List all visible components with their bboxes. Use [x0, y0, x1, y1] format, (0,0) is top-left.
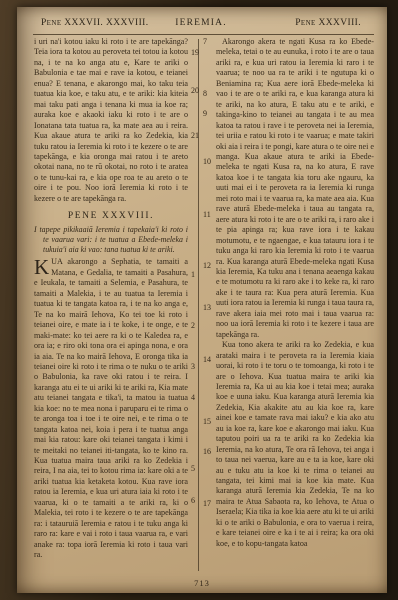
- verse-number: 17: [203, 499, 211, 509]
- header-rule: [33, 34, 374, 35]
- drop-cap: K: [34, 257, 51, 276]
- verse-number: 19: [191, 48, 199, 58]
- chapter37-ending-text: i uri na'i kotou iaku ki roto i te are t…: [34, 37, 188, 204]
- verse-number: 16: [203, 447, 211, 457]
- running-header: Pene XXXVII. XXXVIII. IEREMIA. Pene XXXV…: [41, 18, 361, 30]
- verse-number: 6: [191, 496, 195, 506]
- verse-number: 20: [191, 86, 199, 96]
- book-page: Pene XXXVII. XXXVIII. IEREMIA. Pene XXXV…: [17, 7, 387, 593]
- verse-number: 8: [203, 89, 207, 99]
- chapter-summary-italic: I tapepe pikikaaiā Ieremia i tapekaia'i …: [34, 225, 188, 255]
- verse-number: 1: [191, 270, 195, 280]
- book-photo: Pene XXXVII. XXXVIII. IEREMIA. Pene XXXV…: [0, 0, 398, 600]
- page-number: 713: [17, 578, 387, 588]
- text-columns: 19 20 21 1 2 3 4 5 6 i uri na'i kotou ia…: [34, 37, 374, 577]
- column-divider-rule: [198, 39, 199, 571]
- verse-number: 3: [191, 362, 195, 372]
- chapter38-text: KUA akarongo a Sephatia, te tamaiti a Ma…: [34, 257, 188, 560]
- verse-number: 10: [203, 157, 211, 167]
- verses-7-13-text: Akarongo akera te ngati Kusa ra ko Ebede…: [216, 37, 374, 340]
- header-chapter-right: Pene XXXVIII.: [295, 18, 361, 28]
- verse-number: 13: [203, 303, 211, 313]
- verse-number: 21: [191, 131, 199, 141]
- verse-number: 5: [191, 464, 195, 474]
- verse-number: 11: [203, 210, 211, 220]
- chapter38-body: UA akarongo a Sephatia, te tamaiti a Mat…: [34, 257, 188, 559]
- verses-14-17-text: Kua tono akera te ariki ra ko Zedekia, e…: [216, 340, 374, 549]
- left-column: 19 20 21 1 2 3 4 5 6 i uri na'i kotou ia…: [34, 37, 188, 561]
- verse-number: 7: [203, 37, 207, 47]
- verse-number: 2: [191, 321, 195, 331]
- verse-number: 14: [203, 355, 211, 365]
- verse-number: 15: [203, 417, 211, 427]
- right-column: 7 8 9 10 11 12 13 14 15 16 17 Akarongo a…: [202, 37, 374, 549]
- verse-number: 4: [191, 393, 195, 403]
- chapter-heading: PENE XXXVIII.: [34, 211, 188, 221]
- verse-number: 9: [203, 109, 207, 119]
- verse-number: 12: [203, 261, 211, 271]
